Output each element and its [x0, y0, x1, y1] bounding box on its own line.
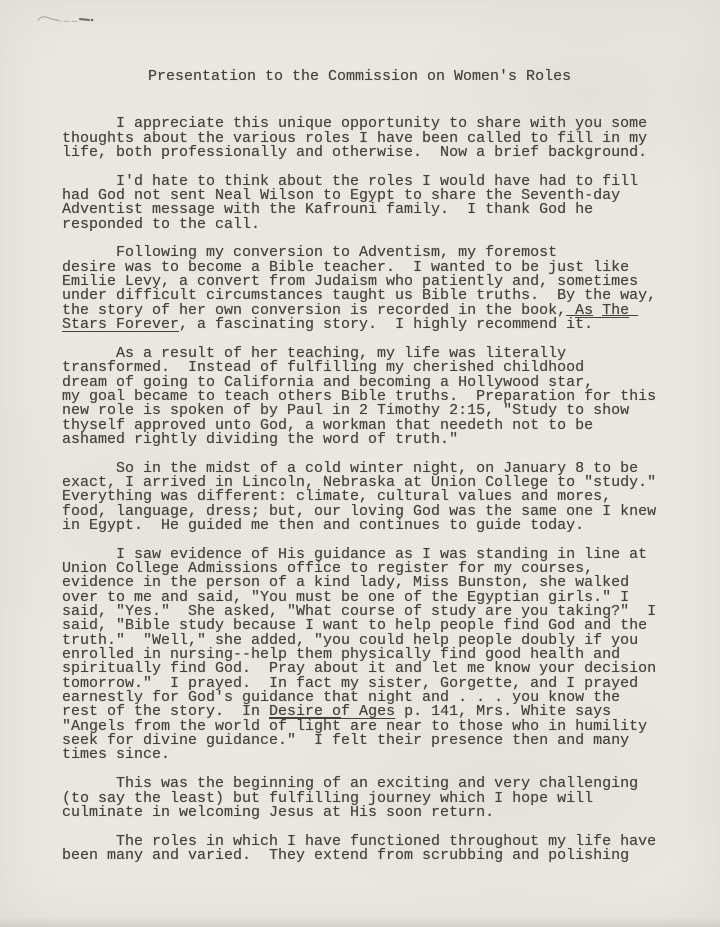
paragraph-3: Following my conversion to Adventism, my…	[62, 246, 670, 332]
pencil-scribble-mark	[36, 11, 96, 27]
paragraph-text: I appreciate this unique opportunity to …	[62, 115, 647, 161]
paragraph-6: I saw evidence of His guidance as I was …	[62, 548, 670, 763]
paragraph-4: As a result of her teaching, my life was…	[62, 347, 670, 447]
document-title: Presentation to the Commission on Women'…	[62, 70, 670, 84]
paragraph-8: The roles in which I have functioned thr…	[62, 835, 670, 864]
paragraph-text: , a fascinating story. I highly recommen…	[179, 316, 566, 333]
document-page: Presentation to the Commission on Women'…	[0, 0, 720, 927]
paragraph-text: So in the midst of a cold winter night, …	[62, 460, 656, 534]
stray-underline-mark	[602, 316, 638, 333]
paragraph-text: I saw evidence of His guidance as I was …	[62, 546, 656, 721]
paragraph-7: This was the beginning of an exciting an…	[62, 777, 670, 820]
paragraph-text: This was the beginning of an exciting an…	[62, 775, 638, 821]
paragraph-text: The roles in which I have functioned thr…	[62, 833, 656, 864]
paragraph-text: Following my conversion to Adventism, my…	[62, 244, 656, 318]
paragraph-1: I appreciate this unique opportunity to …	[62, 117, 670, 160]
paragraph-text	[593, 316, 602, 333]
paragraph-2: I'd hate to think about the roles I woul…	[62, 175, 670, 232]
typewriter-overstrike-text: it.	[566, 316, 593, 333]
book-title-underlined: Stars Forever	[62, 316, 179, 333]
paragraph-5: So in the midst of a cold winter night, …	[62, 462, 670, 534]
paragraph-text: I'd hate to think about the roles I woul…	[62, 173, 638, 233]
paragraph-text: As a result of her teaching, my life was…	[62, 345, 656, 448]
